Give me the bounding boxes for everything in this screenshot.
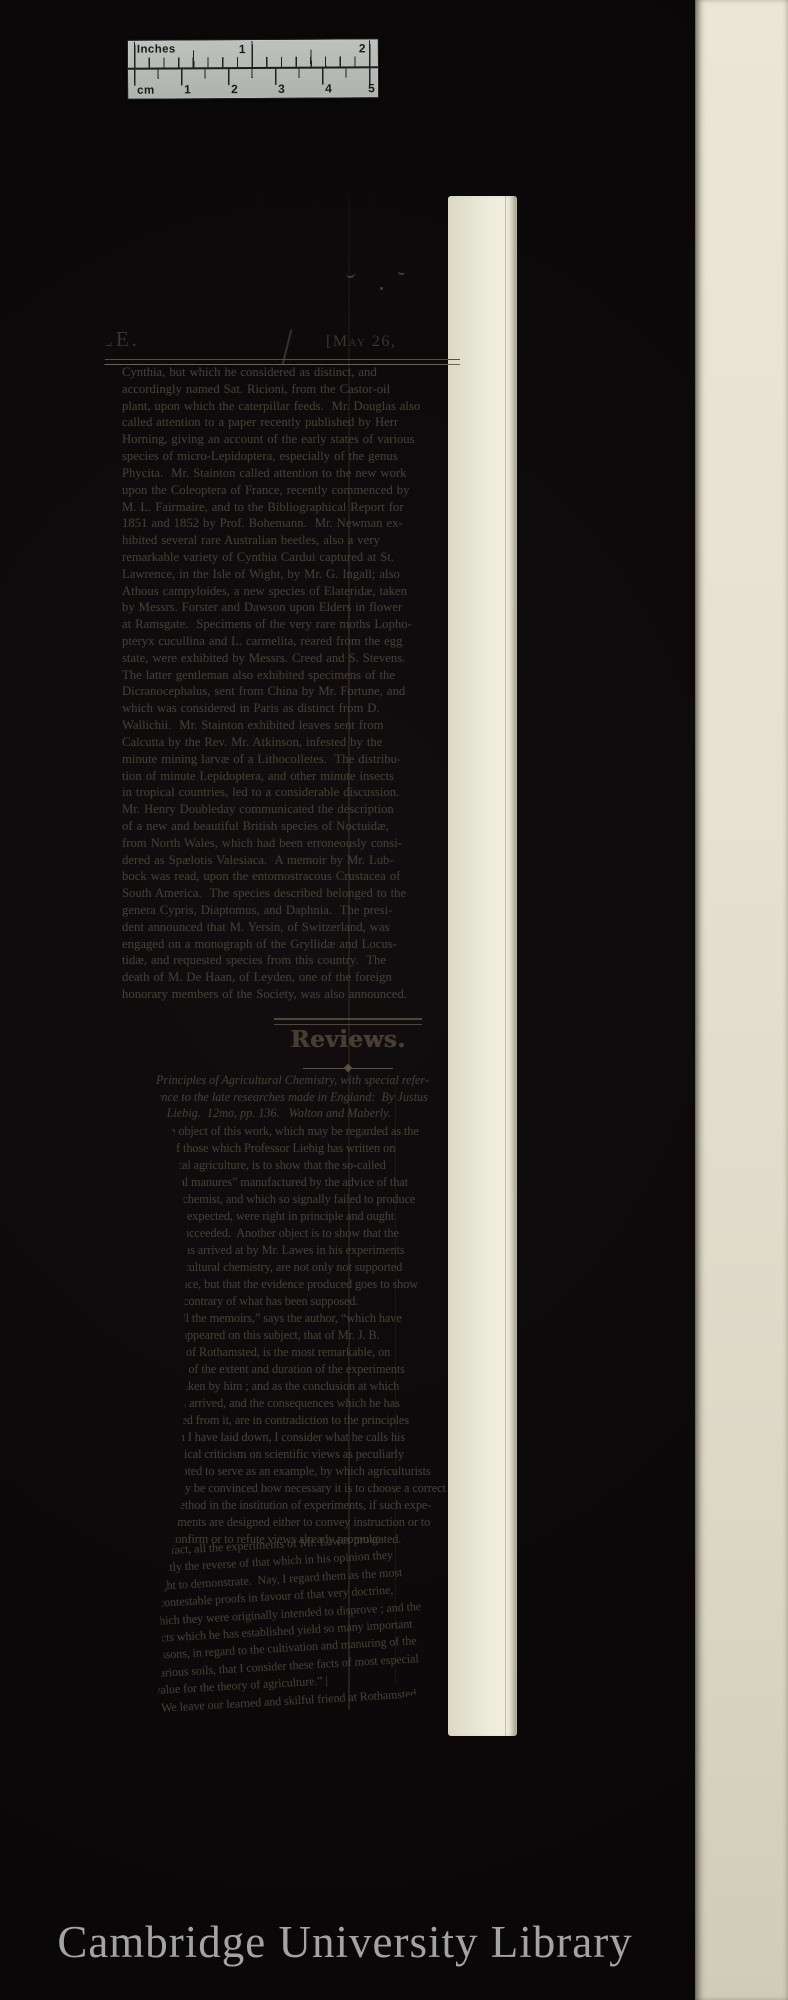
library-watermark: Cambridge University Library xyxy=(0,1916,690,1968)
masthead-date: [May 26, xyxy=(326,333,396,351)
ink-mark xyxy=(380,287,383,290)
measurement-ruler: Inches 1 2 cm 1 2 3 4 5 xyxy=(127,38,379,100)
review-quote-text: “In fact, all the experiments of Mr. Law… xyxy=(146,1528,426,1717)
review-title-text: Principles of Agricultural Chemistry, wi… xyxy=(156,1072,429,1122)
masthead-title-fragment: LE. xyxy=(100,327,140,352)
ruler-cm-label: cm xyxy=(137,85,154,97)
ruler-cm-number-1: 1 xyxy=(184,82,191,96)
ruler-cm-major-ticks xyxy=(134,68,372,85)
ruler-inch-number-2: 2 xyxy=(359,41,366,55)
review-body-text: e object of this work, which may be rega… xyxy=(170,1123,446,1548)
ruler-inches-label: Inches xyxy=(137,43,176,55)
paper-crease xyxy=(395,1083,396,1685)
paper-crease xyxy=(348,191,350,1731)
newspaper-clipping: LE. [May 26, Cynthia, but which he consi… xyxy=(98,183,462,1745)
society-report-text: Cynthia, but which he considered as dist… xyxy=(122,364,420,1003)
ink-mark xyxy=(345,270,355,279)
ruler-inch-number-1: 1 xyxy=(239,42,246,56)
ruler-cm-number-4: 4 xyxy=(325,82,332,96)
ruler-cm-number-2: 2 xyxy=(231,82,238,96)
ruler-cm-number-5: 5 xyxy=(368,81,375,95)
scan-background: Inches 1 2 cm 1 2 3 4 5 LE. [May 26, Cyn… xyxy=(0,0,788,2000)
ruler-cm-number-3: 3 xyxy=(278,82,285,96)
ink-mark xyxy=(397,267,405,276)
album-page-edge xyxy=(695,0,788,2000)
